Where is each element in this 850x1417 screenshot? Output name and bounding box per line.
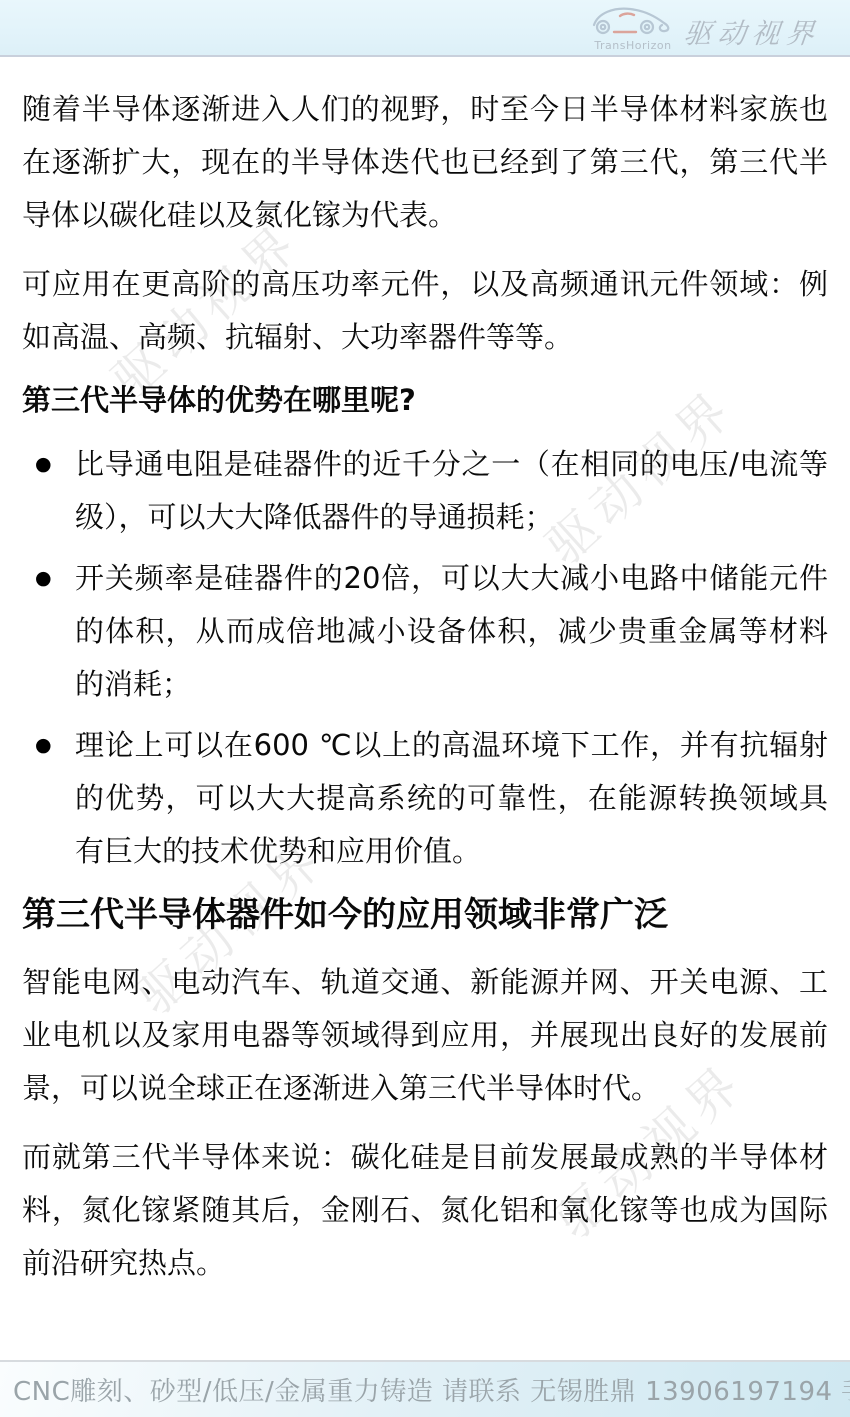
section-heading-applications: 第三代半导体器件如今的应用领域非常广泛 bbox=[22, 892, 828, 938]
list-item: ● 开关频率是硅器件的20倍，可以大大减小电路中储能元件的体积，从而成倍地减小设… bbox=[22, 552, 828, 711]
paragraph-application-fields: 智能电网、电动汽车、轨道交通、新能源并网、开关电源、工业电机以及家用电器等领域得… bbox=[22, 956, 828, 1115]
list-item: ● 理论上可以在600 ℃以上的高温环境下工作，并有抗辐射的优势，可以大大提高系… bbox=[22, 719, 828, 878]
bullet-icon: ● bbox=[35, 719, 75, 772]
site-header: TransHorizon 驱动视界 bbox=[0, 0, 850, 57]
list-item: ● 比导通电阻是硅器件的近千分之一（在相同的电压/电流等级），可以大大降低器件的… bbox=[22, 438, 828, 544]
footer-contact-text: CNC雕刻、砂型/低压/金属重力铸造 请联系 无锡胜鼎 13906197194 … bbox=[13, 1371, 850, 1408]
brand-name: 驱动视界 bbox=[682, 12, 822, 52]
article-body: 随着半导体逐渐进入人们的视野，时至今日半导体材料家族也在逐渐扩大，现在的半导体迭… bbox=[0, 0, 850, 1290]
page-footer: CNC雕刻、砂型/低压/金属重力铸造 请联系 无锡胜鼎 13906197194 … bbox=[0, 1360, 850, 1417]
list-item-text: 比导通电阻是硅器件的近千分之一（在相同的电压/电流等级），可以大大降低器件的导通… bbox=[75, 438, 828, 544]
list-item-text: 理论上可以在600 ℃以上的高温环境下工作，并有抗辐射的优势，可以大大提高系统的… bbox=[75, 719, 828, 878]
section-heading-advantages: 第三代半导体的优势在哪里呢? bbox=[22, 380, 828, 420]
brand-logo: TransHorizon 驱动视界 bbox=[590, 3, 820, 52]
bullet-icon: ● bbox=[35, 552, 75, 605]
list-item-text: 开关频率是硅器件的20倍，可以大大减小电路中储能元件的体积，从而成倍地减小设备体… bbox=[75, 552, 828, 711]
paragraph-applications-intro: 可应用在更高阶的高压功率元件，以及高频通讯元件领域：例如高温、高频、抗辐射、大功… bbox=[22, 258, 828, 364]
advantages-list: ● 比导通电阻是硅器件的近千分之一（在相同的电压/电流等级），可以大大降低器件的… bbox=[22, 438, 828, 878]
brand-subtitle: TransHorizon bbox=[594, 39, 671, 52]
bullet-icon: ● bbox=[35, 438, 75, 491]
paragraph-materials-outlook: 而就第三代半导体来说：碳化硅是目前发展最成熟的半导体材料，氮化镓紧随其后，金刚石… bbox=[22, 1131, 828, 1290]
paragraph-intro: 随着半导体逐渐进入人们的视野，时至今日半导体材料家族也在逐渐扩大，现在的半导体迭… bbox=[22, 83, 828, 242]
car-swoosh-icon bbox=[590, 3, 676, 41]
